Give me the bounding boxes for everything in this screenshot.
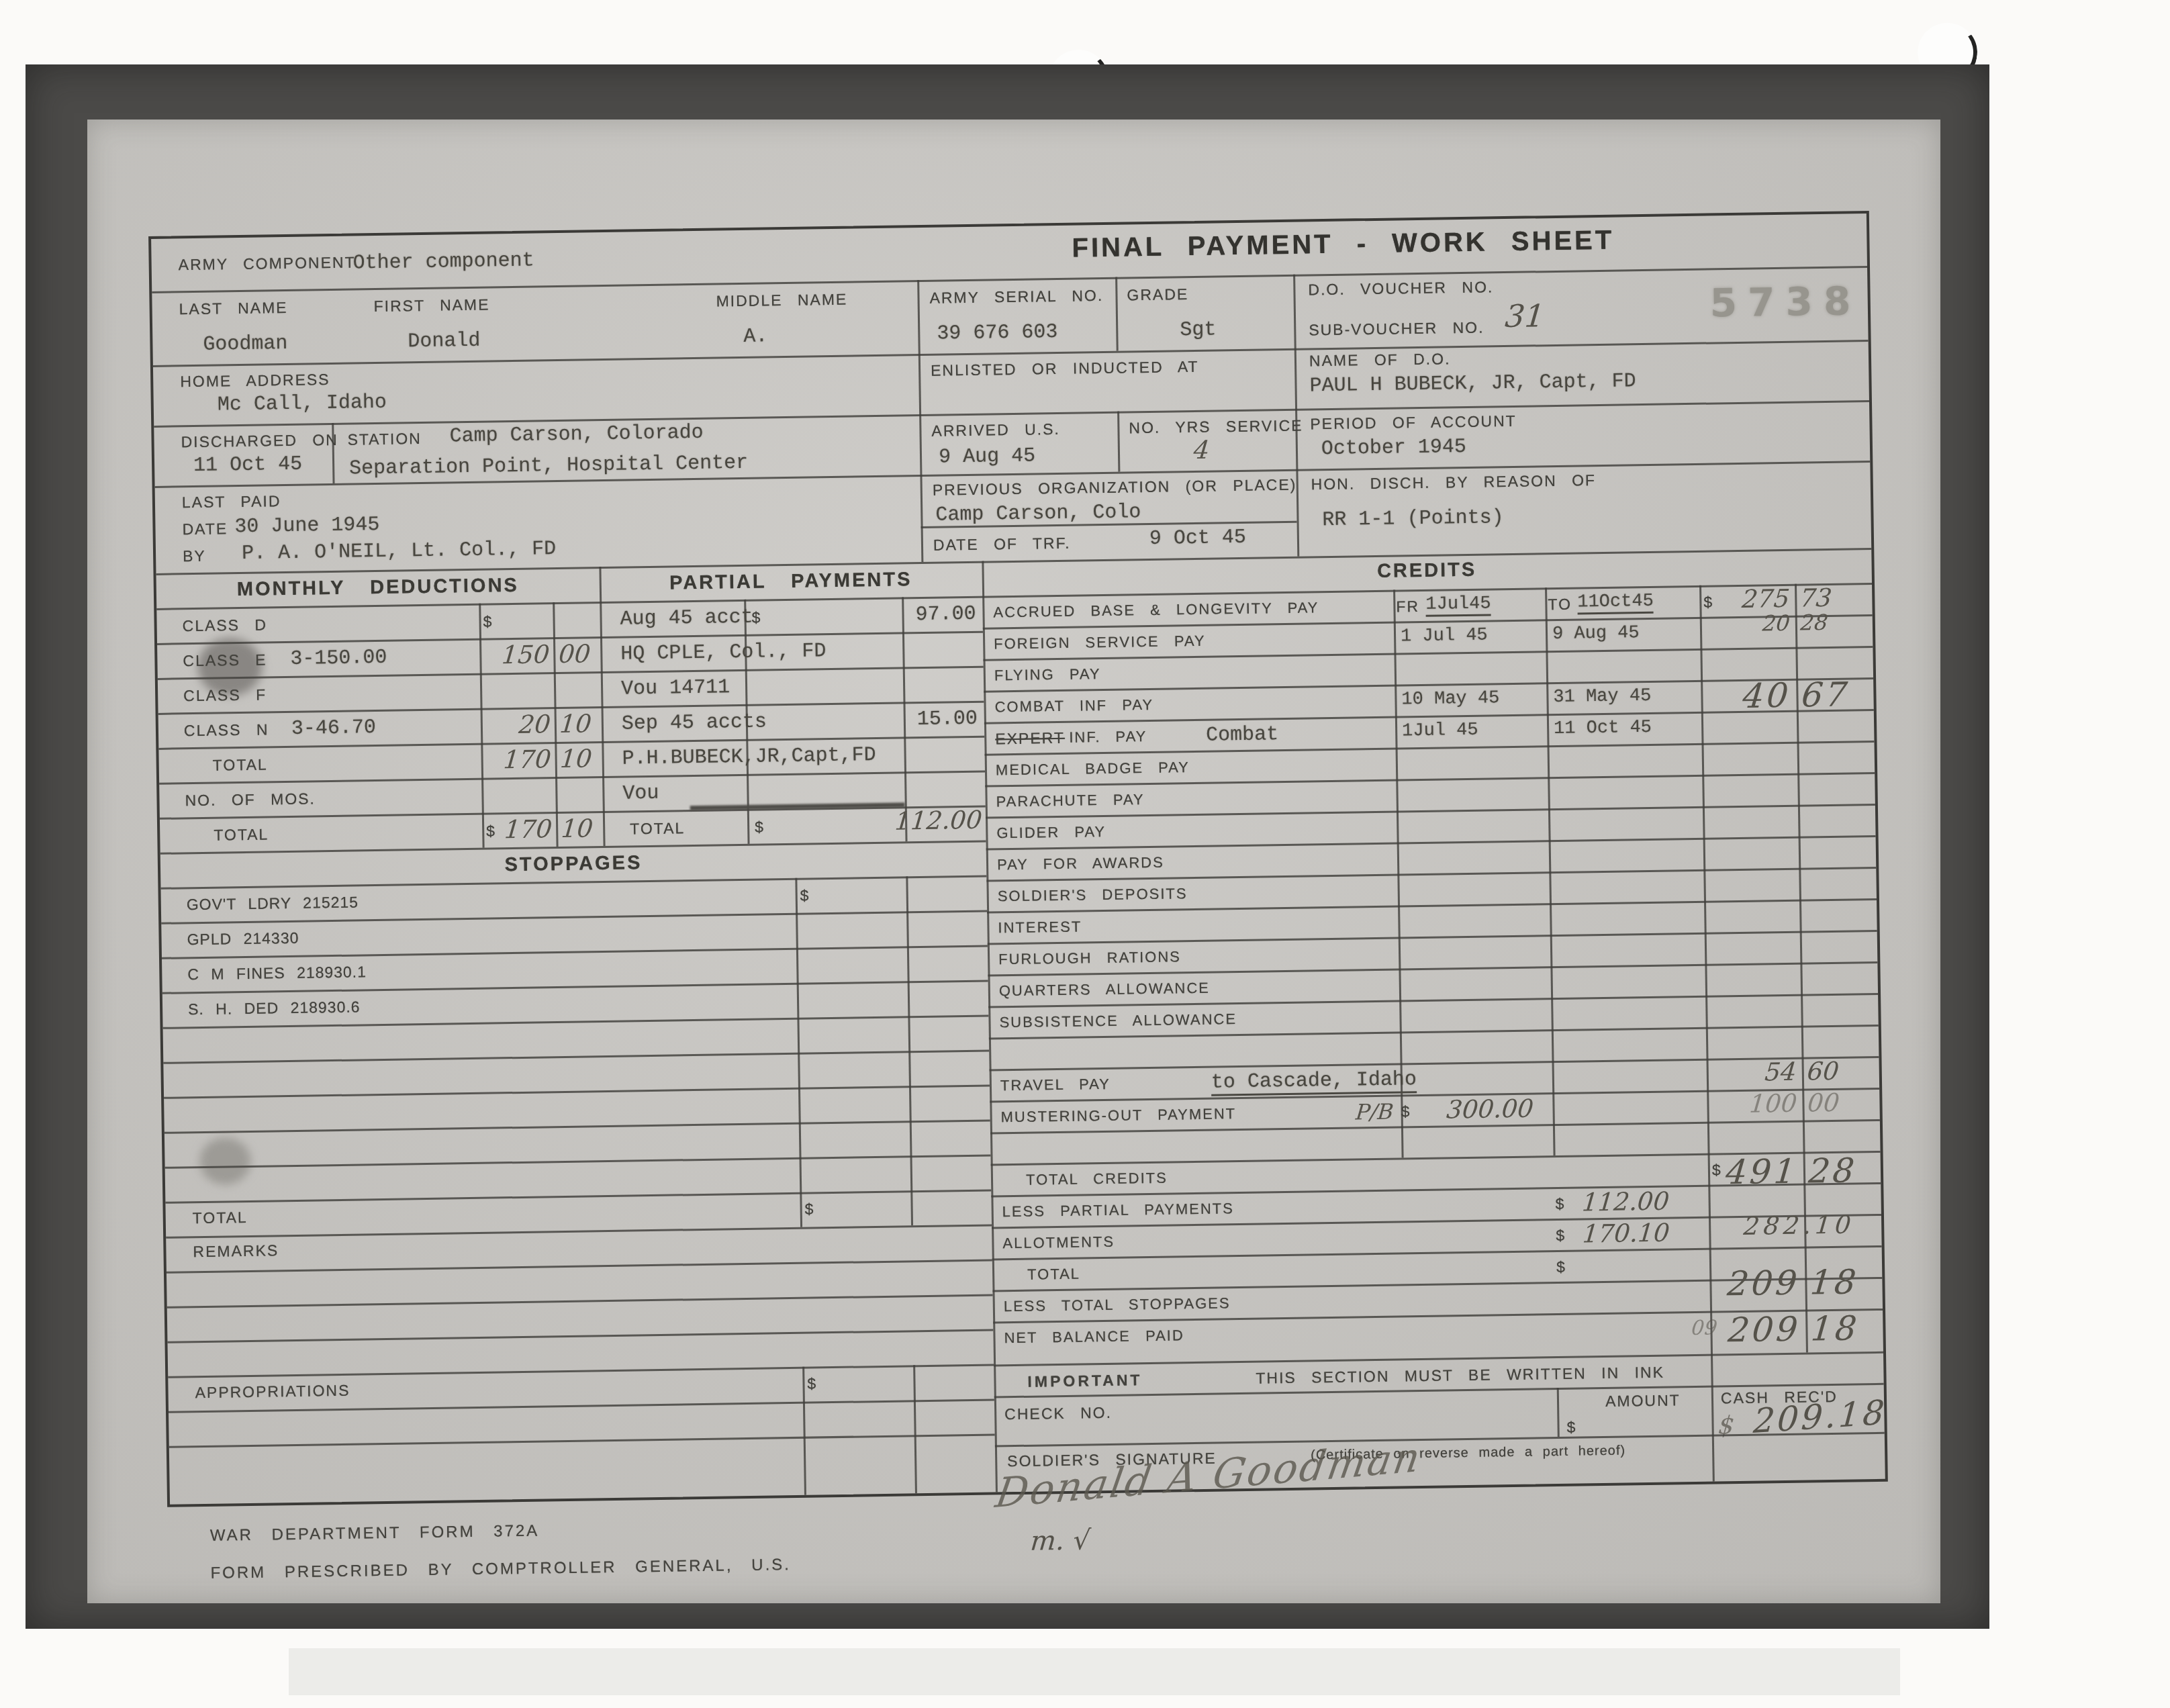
grid-line: [988, 930, 1877, 945]
credit-to-date: 31 May 45: [1553, 686, 1651, 708]
grid-line: [913, 1365, 917, 1493]
credit-row-label: MUSTERING-OUT PAYMENT: [1000, 1105, 1236, 1126]
deduction-row-label: NO. OF MOS.: [185, 790, 316, 810]
credit-row-label: FLYING PAY: [994, 665, 1101, 684]
period-label: PERIOD OF ACCOUNT: [1310, 412, 1517, 434]
last-paid-by-value: P. A. O'NEIL, Lt. Col., FD: [242, 538, 557, 565]
grid-line: [169, 1434, 995, 1448]
deduction-cents: 00: [557, 639, 592, 669]
credit-dollars: 275: [1698, 584, 1791, 614]
grade-label: GRADE: [1127, 285, 1188, 304]
deduction-dollars: 170: [480, 745, 553, 775]
deduction-row-label: TOTAL: [214, 825, 269, 844]
partial-payment-total-amount: 112.00: [894, 806, 983, 836]
grid-line: [167, 1260, 992, 1274]
stoppage-entry: GOV'T LDRY 215215: [187, 893, 359, 914]
partial-payment-entry: P.H.BUBECK,JR,Capt,FD: [622, 744, 876, 771]
deduction-row-label: CLASS F: [183, 685, 267, 705]
deduction-dollars: 170: [481, 814, 553, 845]
deduction-row-label: CLASS N: [184, 720, 269, 740]
partial-payments-title: PARTIAL PAYMENTS: [600, 568, 982, 596]
credit-fr-prefix: FR: [1396, 598, 1419, 616]
form-title: FINAL PAYMENT - WORK SHEET: [923, 223, 1763, 266]
middle-name-label: MIDDLE NAME: [716, 291, 847, 311]
partial-payment-entry: HQ CPLE, Col., FD: [620, 640, 827, 666]
smudge-spot: [199, 1137, 251, 1185]
credit-row-label: MEDICAL BADGE PAY: [996, 759, 1190, 779]
scan-bottom-smudge: [289, 1648, 1900, 1695]
credit-mid-amount: 300.00: [1446, 1094, 1535, 1125]
station-value-line1: Camp Carson, Colorado: [449, 422, 704, 448]
name-of-do-label: NAME OF D.O.: [1309, 350, 1451, 370]
credit-dollars: 40: [1699, 676, 1793, 716]
yrs-service-value: 4: [1192, 436, 1211, 465]
credit-bottom-label: TOTAL: [1027, 1266, 1080, 1284]
handwritten-check-mark: m. √: [1029, 1525, 1092, 1556]
credit-cents: 00: [1807, 1088, 1841, 1118]
stoppage-entry: GPLD 214330: [187, 929, 299, 949]
monthly-deductions-title: MONTHLY DEDUCTIONS: [156, 573, 600, 602]
date-of-trf-label: DATE OF TRF.: [933, 534, 1071, 555]
prev-org-label: PREVIOUS ORGANIZATION (OR PLACE): [933, 476, 1297, 500]
photocopied-page: ARMY COMPONENT Other component FINAL PAY…: [87, 120, 1940, 1603]
credit-mid-dollar-sign: $: [1401, 1102, 1411, 1121]
arrived-value: 9 Aug 45: [939, 444, 1036, 469]
deduction-dollar-sign: $: [483, 612, 493, 630]
credit-bottom-mid-amount: 112.00: [1581, 1187, 1670, 1217]
grid-line: [1293, 275, 1299, 557]
last-paid-by-label: BY: [183, 547, 206, 566]
sub-voucher-label: SUB-VOUCHER NO.: [1309, 319, 1484, 340]
credit-row-label: COMBAT INF PAY: [994, 696, 1153, 716]
credit-bottom-dollars: 491: [1702, 1152, 1799, 1192]
credit-bottom-cents: 18: [1809, 1262, 1860, 1302]
do-voucher-stamp: 5738: [1709, 278, 1861, 326]
grid-line: [168, 1364, 994, 1378]
stoppages-total-dollar-sign: $: [804, 1200, 814, 1218]
grid-line: [986, 835, 1876, 851]
partial-payment-amount: 15.00: [902, 708, 978, 732]
grid-line: [1117, 412, 1120, 472]
credit-row-label: FURLOUGH RATIONS: [998, 948, 1181, 968]
credit-row-label: INF. PAY: [1069, 728, 1147, 747]
credit-bottom-cents: 28: [1807, 1151, 1858, 1190]
grid-line: [994, 1351, 1883, 1367]
last-name-value: Goodman: [203, 332, 288, 357]
last-paid-date-value: 30 June 1945: [234, 514, 380, 538]
grade-value: Sgt: [1180, 318, 1217, 342]
grid-line: [165, 1155, 991, 1169]
credit-row-label: PARACHUTE PAY: [996, 791, 1144, 810]
discharged-label: DISCHARGED ON: [181, 431, 338, 451]
partial-payment-entry: Vou 14711: [621, 676, 730, 700]
partial-payment-total-label: TOTAL: [630, 819, 685, 838]
credit-bottom-label: TOTAL CREDITS: [1026, 1170, 1168, 1189]
partial-payment-dollar-sign: $: [751, 609, 761, 627]
credit-row-typed-note: Combat: [1206, 723, 1279, 747]
credit-fr-date: 1 Jul 45: [1401, 625, 1488, 647]
credit-dollars: 54: [1705, 1057, 1798, 1088]
sub-voucher-value: 31: [1504, 297, 1546, 334]
arrived-label: ARRIVED U.S.: [931, 420, 1060, 440]
form-prescribed-line: FORM PRESCRIBED BY COMPTROLLER GENERAL, …: [210, 1556, 791, 1583]
first-name-label: FIRST NAME: [373, 295, 489, 316]
serial-value: 39 676 603: [937, 321, 1058, 346]
remarks-label: REMARKS: [193, 1241, 279, 1261]
partial-payment-dollar-sign: $: [755, 818, 765, 836]
credit-row-label: QUARTERS ALLOWANCE: [999, 980, 1210, 1000]
credit-dollars: 100: [1706, 1089, 1799, 1119]
credit-to-prefix: TO: [1548, 596, 1572, 614]
grid-line: [167, 1294, 993, 1309]
credit-fr-date: 1Jul 45: [1402, 720, 1478, 742]
credit-row-pb-note: P/B: [1355, 1099, 1395, 1125]
station-value-line2: Separation Point, Hospital Center: [349, 452, 749, 481]
credit-bottom-dollar-sign: $: [1556, 1258, 1566, 1276]
army-component-label: ARMY COMPONENT: [178, 253, 355, 274]
grid-line: [164, 1085, 990, 1099]
credit-row-label-struck: EXPERT: [995, 729, 1065, 749]
partial-payment-amount: 97.00: [900, 603, 976, 627]
credit-cents: 60: [1806, 1057, 1840, 1086]
middle-name-value: A.: [743, 325, 768, 348]
scanned-final-payment-worksheet: { "header": { "army_component_label": "A…: [0, 0, 2170, 1708]
important-label: IMPORTANT: [1027, 1371, 1142, 1391]
credit-row-label: FOREIGN SERVICE PAY: [994, 632, 1206, 653]
final-payment-worksheet-form: ARMY COMPONENT Other component FINAL PAY…: [148, 211, 1888, 1507]
grid-line: [917, 280, 923, 562]
stoppage-entry: C M FINES 218930.1: [187, 963, 367, 984]
date-of-trf-value: 9 Oct 45: [1149, 526, 1247, 551]
credit-to-date: 11 Oct 45: [1554, 718, 1652, 739]
grid-line: [169, 1399, 994, 1413]
deduction-dollars: 150: [478, 640, 551, 670]
credit-row-label: SUBSISTENCE ALLOWANCE: [999, 1010, 1237, 1031]
grid-line: [166, 1225, 992, 1239]
name-of-do-value: PAUL H BUBECK, JR, Capt, FD: [1309, 370, 1636, 397]
credit-bottom-dollars: 209: [1704, 1264, 1801, 1304]
credit-fr-date: 10 May 45: [1401, 688, 1499, 710]
credit-bottom-label: LESS PARTIAL PAYMENTS: [1002, 1200, 1234, 1221]
appropriations-dollar-sign: $: [807, 1374, 817, 1392]
credit-bottom-label: NET BALANCE PAID: [1004, 1327, 1184, 1347]
station-label: STATION: [347, 430, 422, 449]
amount-dollar-sign: $: [1566, 1419, 1576, 1437]
grid-line: [164, 1120, 990, 1134]
stoppages-total-label: TOTAL: [193, 1208, 248, 1227]
partial-payment-entry: Sep 45 accts: [622, 710, 767, 735]
deduction-cents: 10: [559, 709, 593, 739]
credit-fr-date: 1Jul45: [1425, 594, 1491, 616]
deduction-row-label: CLASS D: [182, 616, 267, 635]
home-address-value: Mc Call, Idaho: [218, 391, 387, 417]
hon-disch-value: RR 1-1 (Points): [1322, 506, 1504, 532]
grid-line: [992, 1245, 1882, 1261]
credit-cents: 67: [1800, 675, 1852, 714]
credit-row-label: SOLDIER'S DEPOSITS: [998, 885, 1188, 905]
enlisted-label: ENLISTED OR INDUCTED AT: [931, 358, 1199, 380]
credit-bottom-cents: 18: [1809, 1309, 1861, 1348]
hon-disch-label: HON. DISCH. BY REASON OF: [1311, 471, 1597, 493]
credit-bottom-dollars: 209: [1705, 1310, 1802, 1350]
credit-bottom-extra-amount: 282.10: [1742, 1210, 1856, 1241]
deduction-dollars: 20: [479, 710, 552, 740]
credit-row-typed-note: to Cascade, Idaho: [1211, 1068, 1417, 1096]
credit-bottom-mid-amount: 170.10: [1581, 1219, 1670, 1249]
credit-row-label: INTEREST: [998, 918, 1082, 937]
partial-payment-entry: Aug 45 acct: [620, 606, 753, 631]
war-department-form-line: WAR DEPARTMENT FORM 372A: [210, 1522, 540, 1546]
do-voucher-label: D.O. VOUCHER NO.: [1308, 278, 1493, 299]
credit-dollars: 20: [1699, 610, 1791, 637]
deduction-row-typed-value: 3-150.00: [290, 647, 387, 671]
last-name-label: LAST NAME: [179, 299, 287, 318]
credit-row-label: PAY FOR AWARDS: [997, 854, 1164, 874]
credit-cents: 28: [1799, 610, 1829, 636]
amount-label: AMOUNT: [1605, 1391, 1681, 1411]
partial-payment-entry: Vou: [622, 782, 659, 806]
stoppage-dollar-sign: $: [800, 887, 810, 905]
discharged-value: 11 Oct 45: [193, 453, 303, 477]
credit-row-label: GLIDER PAY: [996, 823, 1106, 842]
last-paid-date-label: DATE: [182, 520, 228, 538]
grid-line: [1115, 277, 1119, 351]
deduction-cents: 10: [559, 744, 594, 773]
credit-row-label: TRAVEL PAY: [1000, 1076, 1111, 1094]
period-value: October 1945: [1321, 436, 1467, 461]
deduction-cents: 10: [560, 814, 594, 843]
important-note: THIS SECTION MUST BE WRITTEN IN INK: [1256, 1364, 1664, 1388]
credit-bottom-label: ALLOTMENTS: [1002, 1233, 1115, 1252]
grid-line: [802, 1367, 806, 1495]
serial-label: ARMY SERIAL NO.: [929, 287, 1103, 307]
grid-line: [167, 1329, 993, 1343]
yrs-service-label: NO. YRS SERVICE: [1129, 417, 1303, 438]
grid-line: [995, 1432, 1885, 1448]
deduction-row-label: CLASS E: [183, 651, 267, 670]
credit-to-date: 11Oct45: [1577, 591, 1654, 615]
check-no-label: CHECK NO.: [1004, 1404, 1112, 1423]
stoppage-entry: S. H. DED 218930.6: [188, 998, 361, 1018]
grid-line: [1557, 1388, 1560, 1437]
credit-cents: 73: [1799, 583, 1833, 613]
credit-bottom-label: LESS TOTAL STOPPAGES: [1004, 1294, 1231, 1315]
grid-line: [165, 1190, 991, 1204]
army-component-value: Other component: [352, 249, 534, 275]
credit-row-label: ACCRUED BASE & LONGEVITY PAY: [993, 599, 1319, 621]
form-sheet: ARMY COMPONENT Other component FINAL PAY…: [77, 106, 1951, 1617]
appropriations-label: APPROPRIATIONS: [195, 1382, 350, 1402]
deduction-row-typed-value: 3-46.70: [291, 716, 377, 741]
home-address-label: HOME ADDRESS: [180, 371, 330, 391]
deduction-row-label: TOTAL: [213, 755, 268, 774]
last-paid-label: LAST PAID: [182, 492, 281, 512]
credit-to-date: 9 Aug 45: [1552, 623, 1640, 645]
credit-bottom-dollar-sign: $: [1555, 1195, 1565, 1213]
first-name-value: Donald: [408, 330, 481, 354]
credit-bottom-dollar-sign: $: [1556, 1227, 1566, 1245]
grid-line: [163, 1050, 989, 1064]
